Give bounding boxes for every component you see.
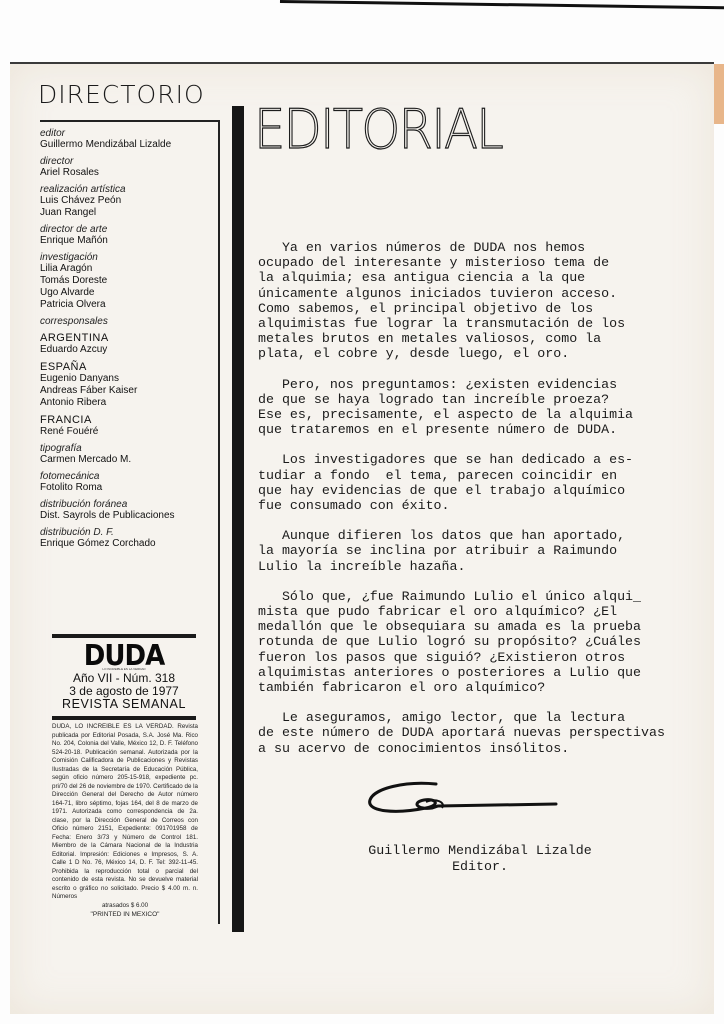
directory-role: distribución D. F. — [40, 527, 220, 538]
directory-group: editorGuillermo Mendizábal Lizalde — [40, 128, 220, 151]
directory-name: Enrique Gómez Corchado — [40, 538, 220, 550]
directory-name: Lilia Aragón — [40, 263, 220, 275]
directory-name: Luis Chávez Peón — [40, 195, 220, 207]
signer-name: Guillermo Mendizábal Lizalde — [300, 843, 660, 859]
directory-group: ESPAÑAEugenio DanyansAndreas Fáber Kaise… — [40, 361, 220, 409]
signer-title: Editor. — [300, 859, 660, 875]
directory-group: tipografíaCarmen Mercado M. — [40, 443, 220, 466]
directory-group: investigaciónLilia AragónTomás DoresteUg… — [40, 252, 220, 311]
directory-group: fotomecánicaFotolito Roma — [40, 471, 220, 494]
directory-list: editorGuillermo Mendizábal Lizaldedirect… — [40, 128, 220, 555]
directory-name: Tomás Doreste — [40, 275, 220, 287]
directory-name: René Fouéré — [40, 426, 220, 438]
directory-group: FRANCIARené Fouéré — [40, 414, 220, 438]
directory-group: realización artísticaLuis Chávez PeónJua… — [40, 184, 220, 219]
directory-role: editor — [40, 128, 220, 139]
directory-name: Guillermo Mendizábal Lizalde — [40, 139, 220, 151]
directory-name: Juan Rangel — [40, 207, 220, 219]
directory-country: ARGENTINA — [40, 332, 220, 344]
directory-name: Fotolito Roma — [40, 482, 220, 494]
legal-notice: DUDA, LO INCREIBLE ES LA VERDAD. Revista… — [52, 723, 198, 920]
directory-group: directorAriel Rosales — [40, 156, 220, 179]
directory-role: fotomecánica — [40, 471, 220, 482]
legal-text: DUDA, LO INCREIBLE ES LA VERDAD. Revista… — [52, 723, 198, 902]
directory-name: Ugo Alvarde — [40, 287, 220, 299]
signature-icon — [366, 776, 566, 826]
editorial-title-text: EDITORIAL — [254, 98, 502, 161]
directory-role: corresponsales — [40, 316, 220, 327]
editorial-paragraph: Ya en varios números de DUDA nos hemos o… — [258, 240, 708, 362]
directory-role: distribución foránea — [40, 499, 220, 510]
page-edge — [714, 64, 724, 124]
directory-name: Andreas Fáber Kaiser — [40, 385, 220, 397]
scan-edge-line — [280, 0, 724, 9]
masthead-rule-bottom — [52, 716, 196, 720]
directory-group: ARGENTINAEduardo Azcuy — [40, 332, 220, 356]
directory-role: director de arte — [40, 224, 220, 235]
signature-block: Guillermo Mendizábal Lizalde Editor. — [300, 843, 660, 874]
directory-name: Eugenio Danyans — [40, 373, 220, 385]
directory-name: Eduardo Azcuy — [40, 344, 220, 356]
directory-group: distribución foráneaDist. Sayrols de Pub… — [40, 499, 220, 522]
masthead-rule-top — [52, 634, 196, 638]
directory-name: Patricia Olvera — [40, 299, 220, 311]
directory-role: tipografía — [40, 443, 220, 454]
back-issues-price: atrasados $ 6.00 — [52, 902, 198, 911]
printed-in: "PRINTED IN MEXICO" — [52, 911, 198, 920]
directory-group: director de arteEnrique Mañón — [40, 224, 220, 247]
issue-info: Año VII - Núm. 318 3 de agosto de 1977 R… — [52, 672, 196, 711]
directory-name: Dist. Sayrols de Publicaciones — [40, 510, 220, 522]
directory-country: ESPAÑA — [40, 361, 220, 373]
directory-name: Carmen Mercado M. — [40, 454, 220, 466]
directory-group: distribución D. F.Enrique Gómez Corchado — [40, 527, 220, 550]
directory-group: corresponsales — [40, 316, 220, 327]
directory-name: Antonio Ribera — [40, 397, 220, 409]
publication-type: REVISTA SEMANAL — [52, 698, 196, 711]
editorial-paragraph: Sólo que, ¿fue Raimundo Lulio el único a… — [258, 589, 708, 695]
vertical-divider-bar — [232, 106, 244, 932]
editorial-body: Ya en varios números de DUDA nos hemos o… — [258, 240, 708, 771]
directory-role: investigación — [40, 252, 220, 263]
directory-role: realización artística — [40, 184, 220, 195]
directory-country: FRANCIA — [40, 414, 220, 426]
editorial-paragraph: Aunque difieren los datos que han aporta… — [258, 528, 708, 574]
directory-role: director — [40, 156, 220, 167]
directory-title: DIRECTORIO — [38, 80, 205, 109]
directory-name: Ariel Rosales — [40, 167, 220, 179]
editorial-paragraph: Pero, nos preguntamos: ¿existen evidenci… — [258, 377, 708, 438]
editorial-title: EDITORIAL — [254, 98, 502, 161]
editorial-paragraph: Los investigadores que se han dedicado a… — [258, 452, 708, 513]
directory-name: Enrique Mañón — [40, 235, 220, 247]
editorial-paragraph: Le aseguramos, amigo lector, que la lect… — [258, 710, 708, 756]
